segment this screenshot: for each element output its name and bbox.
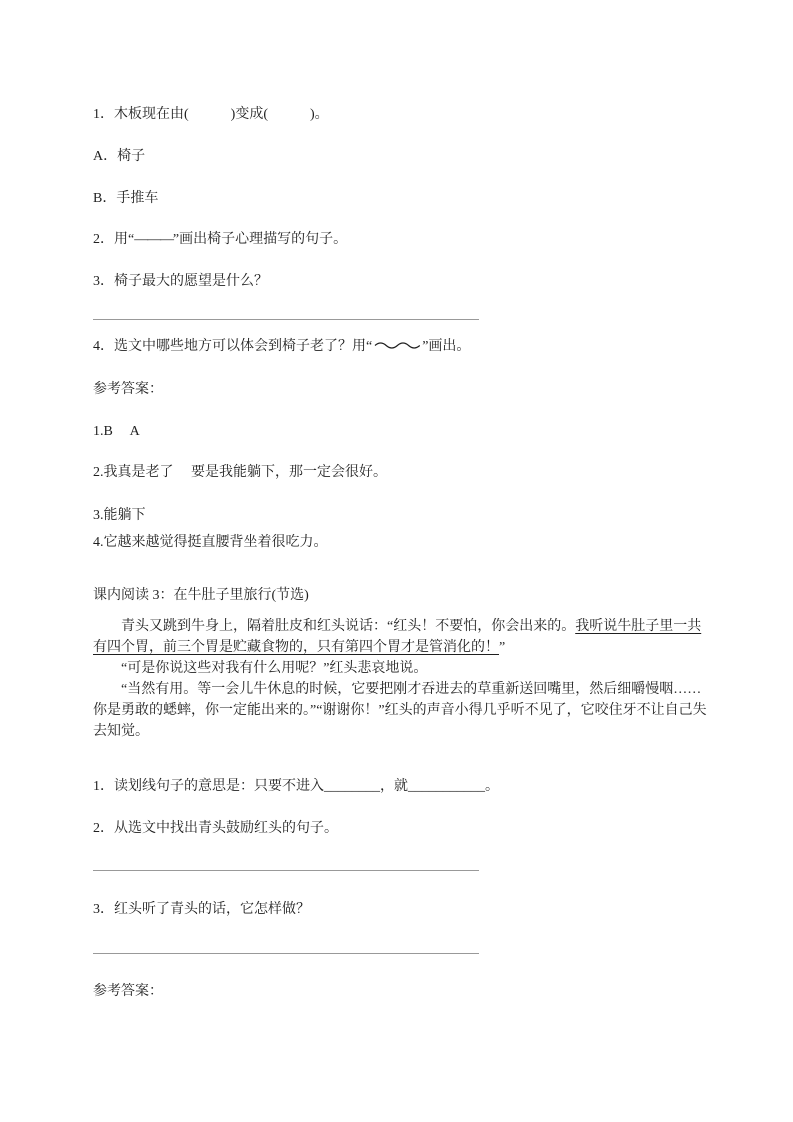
answer-blank-line <box>93 319 479 320</box>
passage-p1-normal: 青头又跳到牛身上，隔着肚皮和红头说话：“红头！不要怕，你会出来的。 <box>121 619 575 634</box>
reading-question-1: 1．读划线句子的意思是：只要不进入________，就___________。 <box>93 777 713 797</box>
reading-question-2: 2．从选文中找出青头鼓励红头的句子。 <box>93 819 713 839</box>
wavy-line-icon <box>374 340 420 349</box>
passage-p1-end-quote: ” <box>499 640 505 655</box>
option-b: B．手推车 <box>93 189 713 209</box>
reading-question-3: 3．红头听了青头的话，它怎样做？ <box>93 900 713 920</box>
answer-blank-line <box>93 953 479 954</box>
worksheet-page: 1．木板现在由( )变成( )。 A．椅子 B．手推车 2．用“———”画出椅子… <box>0 0 793 1122</box>
answer-blank-line <box>93 870 479 871</box>
straight-line-mark: ——— <box>134 232 173 247</box>
section-title: 课内阅读 3：在牛肚子里旅行(节选) <box>93 586 713 606</box>
question-2: 2．用“———”画出椅子心理描写的句子。 <box>93 230 713 250</box>
question-2-prefix: 2．用“ <box>93 232 134 247</box>
question-3: 3．椅子最大的愿望是什么？ <box>93 272 713 292</box>
answers-header-2: 参考答案： <box>93 982 713 1002</box>
question-1: 1．木板现在由( )变成( )。 <box>93 105 713 125</box>
answer-1: 1.B A <box>93 422 713 442</box>
question-4-suffix: ”画出。 <box>422 339 470 354</box>
answer-4: 4.它越来越觉得挺直腰背坐着很吃力。 <box>93 533 713 553</box>
option-a: A．椅子 <box>93 147 713 167</box>
answer-3: 3.能躺下 <box>93 506 713 526</box>
answers-header: 参考答案： <box>93 380 713 400</box>
passage-paragraph-1: 青头又跳到牛身上，隔着肚皮和红头说话：“红头！不要怕，你会出来的。我听说牛肚子里… <box>93 616 711 658</box>
reading-passage: 青头又跳到牛身上，隔着肚皮和红头说话：“红头！不要怕，你会出来的。我听说牛肚子里… <box>93 616 711 742</box>
question-4-prefix: 4．选文中哪些地方可以体会到椅子老了？用“ <box>93 339 372 354</box>
question-2-suffix: ”画出椅子心理描写的句子。 <box>173 232 347 247</box>
passage-paragraph-3: “当然有用。等一会儿牛休息的时候，它要把刚才吞进去的草重新送回嘴里，然后细嚼慢咽… <box>93 679 711 742</box>
passage-paragraph-2: “可是你说这些对我有什么用呢？”红头悲哀地说。 <box>93 658 711 679</box>
answer-2: 2.我真是老了 要是我能躺下，那一定会很好。 <box>93 463 713 483</box>
question-4: 4．选文中哪些地方可以体会到椅子老了？用“”画出。 <box>93 337 713 357</box>
